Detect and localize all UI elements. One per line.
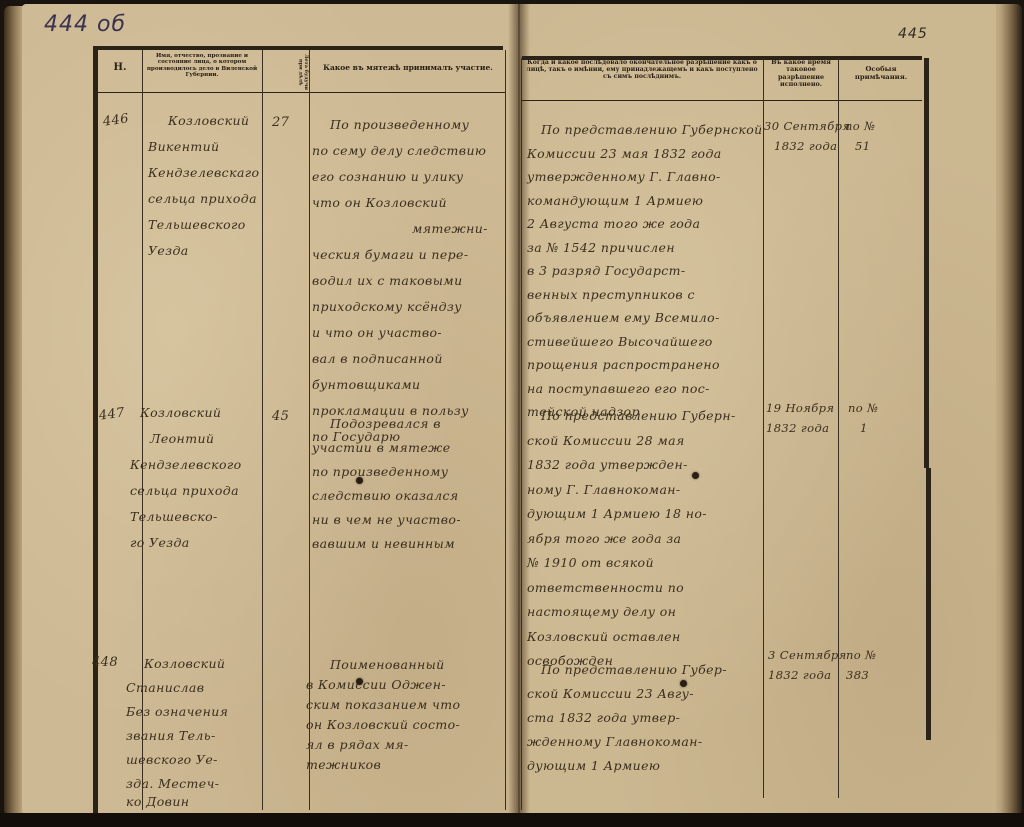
text-line: ября того же года за <box>527 527 736 552</box>
text-line: 2 Августа того же года <box>527 212 763 236</box>
binding-hole <box>680 680 687 687</box>
text-line: 3 Сентября <box>768 645 847 665</box>
text-line: По представлению Губерн- <box>527 404 736 429</box>
col-divider-age <box>262 50 263 810</box>
name-line: Тельшевско- <box>130 504 242 530</box>
col-divider-notes <box>838 58 839 798</box>
text-line: водил их с таковыми <box>312 268 488 294</box>
text-line: 30 Сентября <box>764 116 850 136</box>
entry-448-participation: Поименованный в Комиссии Оджен- ским пок… <box>306 655 460 775</box>
name-line: Викентий <box>148 134 260 160</box>
text-line: ской Комиссии 28 мая <box>527 429 736 454</box>
text-line: в Комиссии Оджен- <box>306 675 460 695</box>
left-header-bottom-rule <box>96 92 506 93</box>
text-line: за № 1542 причислен <box>527 236 763 260</box>
text-line: тежников <box>306 755 460 775</box>
col-divider-executed <box>763 58 764 798</box>
text-line: командующим 1 Армиею <box>527 189 763 213</box>
text-line: жденному Главнокоман- <box>527 730 727 754</box>
left-header-top-rule <box>93 46 503 50</box>
text-line: что он Козловский <box>312 190 488 216</box>
text-line: ческия бумаги и пере- <box>312 242 488 268</box>
text-line: ста 1832 года утвер- <box>527 706 727 730</box>
entry-448-resolution: По представлению Губер- ской Комиссии 23… <box>527 658 727 778</box>
left-table-outer-border <box>93 48 98 818</box>
name-line: Без означения <box>126 700 228 724</box>
open-register-book: 444 об 445 Н. Имя, отчество, прозвание и… <box>0 0 1024 827</box>
header-resolution: Когда и какое послѣдовало окончательное … <box>523 59 761 80</box>
binding-hole <box>692 472 699 479</box>
text-line: Подозревался в <box>312 412 461 436</box>
entry-446-resolution: По представлению Губернской Комиссии 23 … <box>527 118 763 424</box>
text-line: вал в подписанной <box>312 346 488 372</box>
text-line: вавшим и невинным <box>312 532 461 556</box>
text-line: по сему делу следствию <box>312 138 488 164</box>
entry-448-name: Козловский Станислав Без означения звани… <box>126 652 228 814</box>
header-notes: Особыя примѣчания. <box>840 66 922 82</box>
text-line: ял в рядах мя- <box>306 735 460 755</box>
text-line: Комиссии 23 мая 1832 года <box>527 142 763 166</box>
name-line: Кендзелевского <box>130 452 242 478</box>
text-line: По представлению Губернской <box>527 118 763 142</box>
right-header-bottom-rule <box>522 100 922 101</box>
text-line: По представлению Губер- <box>527 658 727 682</box>
entry-448-notes: по № 383 <box>846 645 876 685</box>
text-line: ским показанием что <box>306 695 460 715</box>
text-line: ответственности по <box>527 576 736 601</box>
header-number: Н. <box>100 62 140 74</box>
header-name: Имя, отчество, прозвание и состояние лиц… <box>144 53 260 79</box>
text-line: по произведенному <box>312 460 461 484</box>
name-line: Козловский <box>130 400 242 426</box>
entry-447-notes: по № 1 <box>848 398 878 438</box>
name-line: Кендзелевскаго <box>148 160 260 186</box>
entry-448-number: 448 <box>92 650 118 676</box>
text-line: и что он участво- <box>312 320 488 346</box>
text-line: утвержденному Г. Главно- <box>527 165 763 189</box>
header-participation: Какое въ мятежѣ принималъ участие. <box>312 64 504 73</box>
text-line: Поименованный <box>306 655 460 675</box>
text-line: прощения распространено <box>527 353 763 377</box>
right-table-outer-border-lower <box>926 468 931 740</box>
text-line: венных преступников с <box>527 283 763 307</box>
name-line: Станислав <box>126 676 228 700</box>
text-line: 19 Ноября <box>766 398 834 418</box>
entry-447-executed: 19 Ноября 1832 года <box>766 398 834 438</box>
name-line: Тельшевского <box>148 212 260 238</box>
text-line: мятежни- <box>312 216 488 242</box>
text-line: По произведенному <box>312 112 488 138</box>
header-age: Лета будучи при дѣлѣ <box>264 52 308 92</box>
name-line: Козловский <box>126 652 228 676</box>
folio-number-right: 445 <box>898 26 928 42</box>
entry-446-name: Козловский Викентий Кендзелевскаго сельц… <box>148 108 260 264</box>
text-line: № 1910 от всякой <box>527 551 736 576</box>
text-line: его сознанию и улику <box>312 164 488 190</box>
text-line: 1832 года <box>764 136 850 156</box>
right-col-divider-start <box>521 58 522 810</box>
entry-446-notes: по № 51 <box>845 116 875 156</box>
text-line: по № <box>846 645 876 665</box>
text-line: участии в мятеже <box>312 436 461 460</box>
name-line: Леонтий <box>130 426 242 452</box>
bottom-shadow <box>0 813 1024 827</box>
text-line: Козловский оставлен <box>527 625 736 650</box>
entry-447-age: 45 <box>272 404 289 430</box>
text-line: в 3 разряд Государст- <box>527 259 763 283</box>
text-line: 1832 года <box>768 665 847 685</box>
text-line: объявлением ему Всемило- <box>527 306 763 330</box>
entry-446-number: 446 <box>101 106 130 135</box>
text-line: он Козловский состо- <box>306 715 460 735</box>
text-line: стивейшего Высочайшего <box>527 330 763 354</box>
text-line: 383 <box>846 665 876 685</box>
text-line: на поступавшего его пос- <box>527 377 763 401</box>
binding-hole <box>356 477 363 484</box>
entry-446-age: 27 <box>272 110 289 136</box>
entry-447-name: Козловский Леонтий Кендзелевского сельца… <box>130 400 242 556</box>
text-line: 1 <box>848 418 878 438</box>
name-line: сельца прихода <box>130 478 242 504</box>
text-line: следствию оказался <box>312 484 461 508</box>
text-line: бунтовщиками <box>312 372 488 398</box>
text-line: приходскому ксёндзу <box>312 294 488 320</box>
right-page-stack-edge <box>992 4 1022 816</box>
text-line: ному Г. Главнокоман- <box>527 478 736 503</box>
entry-447-number: 447 <box>97 400 126 429</box>
entry-448-executed: 3 Сентября 1832 года <box>768 645 847 685</box>
col-divider-left-end <box>505 50 506 810</box>
entry-447-resolution: По представлению Губерн- ской Комиссии 2… <box>527 404 736 674</box>
name-line: Уезда <box>148 238 260 264</box>
entry-447-participation: Подозревался в участии в мятеже по произ… <box>312 412 461 556</box>
name-line: шевского Уе- <box>126 748 228 772</box>
text-line: по № <box>845 116 875 136</box>
header-executed: Въ какое время таковое разрѣшение исполн… <box>765 59 837 88</box>
name-line: го Уезда <box>130 530 242 556</box>
text-line: ской Комиссии 23 Авгу- <box>527 682 727 706</box>
name-line: звания Тель- <box>126 724 228 748</box>
text-line: 51 <box>845 136 875 156</box>
folio-number-left: 444 об <box>44 12 126 37</box>
right-table-outer-border <box>924 58 929 468</box>
text-line: настоящему делу он <box>527 600 736 625</box>
entry-446-executed: 30 Сентября 1832 года <box>764 116 850 156</box>
binding-hole <box>356 678 363 685</box>
text-line: ни в чем не участво- <box>312 508 461 532</box>
text-line: 1832 года утвержден- <box>527 453 736 478</box>
name-line: сельца прихода <box>148 186 260 212</box>
text-line: по № <box>848 398 878 418</box>
name-line: Козловский <box>148 108 260 134</box>
text-line: 1832 года <box>766 418 834 438</box>
text-line: дующим 1 Армиею 18 но- <box>527 502 736 527</box>
text-line: дующим 1 Армиею <box>527 754 727 778</box>
entry-446-participation: По произведенному по сему делу следствию… <box>312 112 488 450</box>
